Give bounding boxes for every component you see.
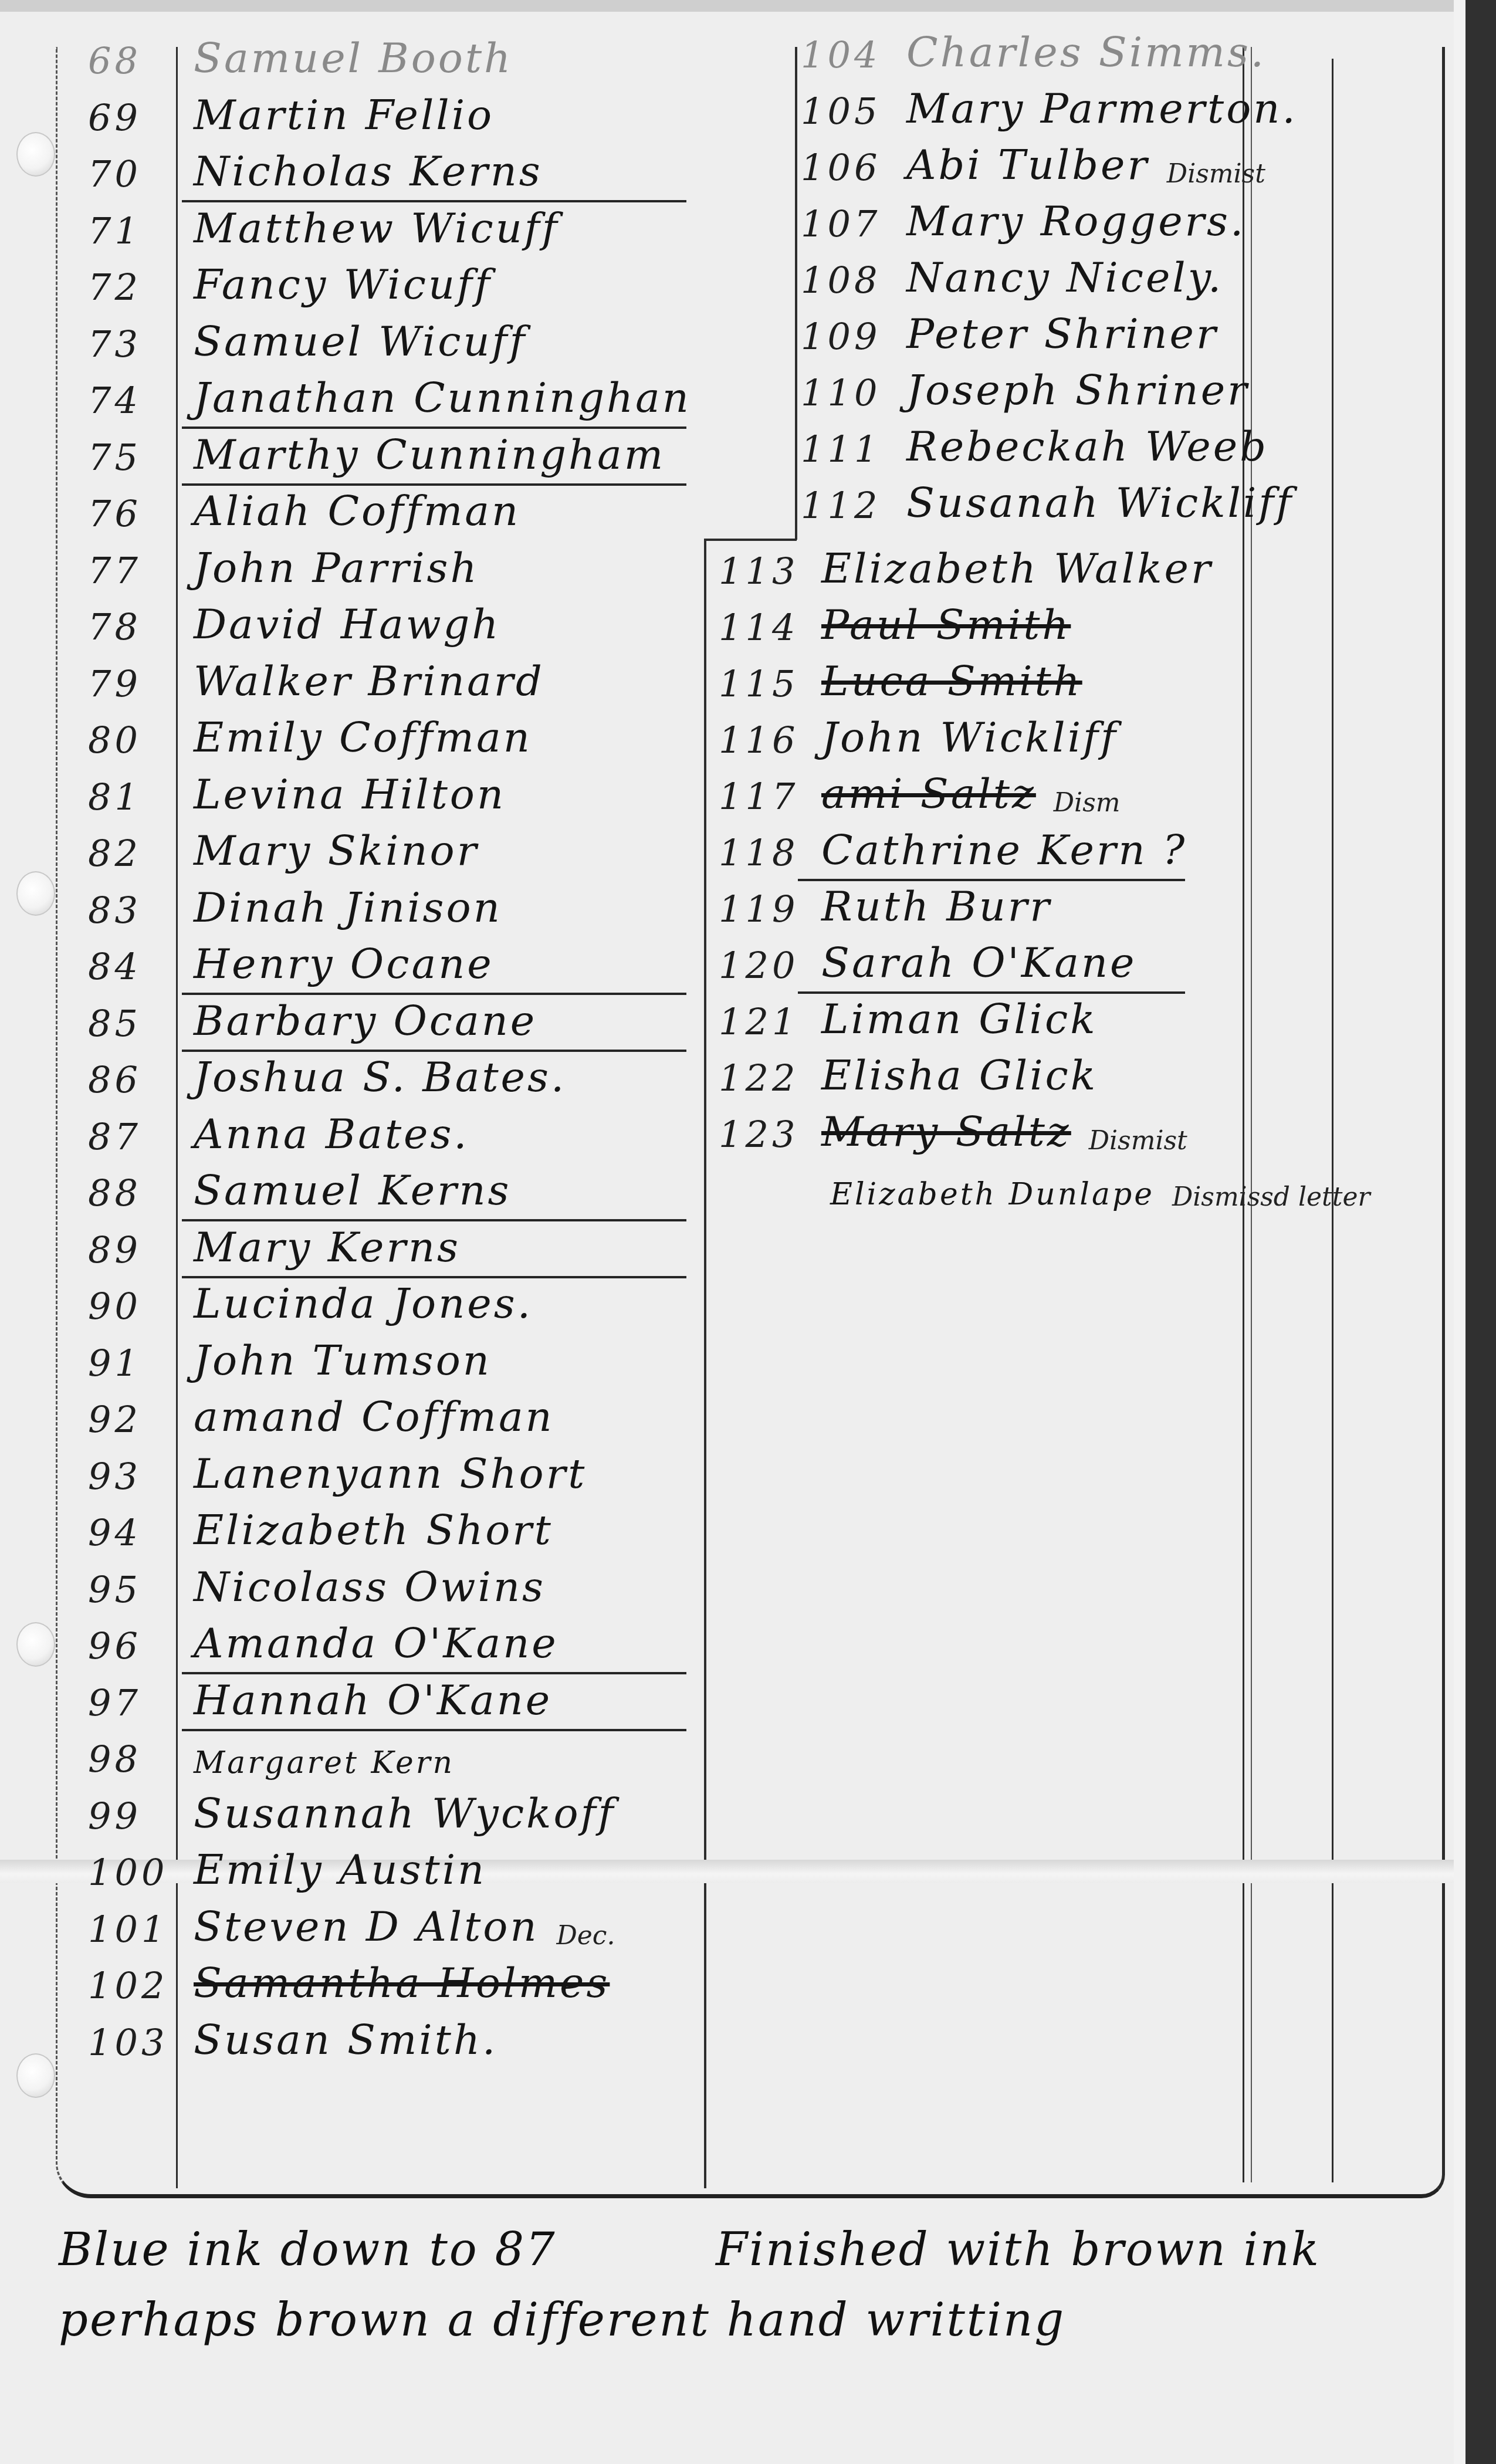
binder-hole bbox=[16, 132, 55, 177]
ledger-entry: 78David Hawgh bbox=[88, 595, 500, 648]
ledger-entry: 90Lucinda Jones. bbox=[88, 1275, 533, 1328]
entry-number: 97 bbox=[88, 1681, 194, 1724]
ledger-entry: 97Hannah O'Kane bbox=[88, 1671, 552, 1724]
entry-number: 113 bbox=[719, 550, 821, 593]
entry-number: 122 bbox=[719, 1057, 821, 1099]
entry-name: Elizabeth Short bbox=[194, 1506, 553, 1554]
ledger-entry: 112Susanah Wickliff bbox=[801, 474, 1294, 527]
entry-number: 105 bbox=[801, 90, 906, 133]
entry-number: 88 bbox=[88, 1172, 194, 1214]
ledger-entry: 71Matthew Wicuff bbox=[88, 199, 560, 252]
ledger-entry: 114Paul Smith bbox=[719, 596, 1071, 649]
entry-number: 94 bbox=[88, 1511, 194, 1554]
entry-name: Samantha Holmes bbox=[194, 1959, 610, 2007]
ledger-entry: 68Samuel Booth bbox=[88, 29, 513, 82]
ledger-entry: 77John Parrish bbox=[88, 539, 479, 592]
ledger-entry: 117ami SaltzDism bbox=[719, 765, 1121, 818]
entry-note: Dismissd letter bbox=[1172, 1182, 1370, 1212]
ledger-entry: 81Levina Hilton bbox=[88, 766, 506, 818]
entry-number: 70 bbox=[88, 153, 194, 195]
entry-number: 118 bbox=[719, 831, 821, 874]
entry-number: 86 bbox=[88, 1058, 194, 1101]
entry-number: 120 bbox=[719, 944, 821, 987]
ledger-entry: 115Luca Smith bbox=[719, 652, 1082, 705]
entry-name: Abi Tulber bbox=[906, 141, 1149, 189]
ledger-entry: 74Janathan Cunninghan bbox=[88, 369, 691, 422]
entry-name: Mary Skinor bbox=[194, 827, 479, 875]
ledger-entry: 101Steven D AltonDec. bbox=[88, 1898, 615, 1951]
ledger-entry: 80Emily Coffman bbox=[88, 709, 532, 761]
entry-note: Dismist bbox=[1089, 1126, 1187, 1156]
ledger-entry: 91John Tumson bbox=[88, 1332, 492, 1385]
column-divider-lower bbox=[704, 540, 706, 2188]
ledger-entry: 95Nicolass Owins bbox=[88, 1558, 546, 1611]
ledger-entry: 86Joshua S. Bates. bbox=[88, 1048, 566, 1101]
entry-number: 80 bbox=[88, 719, 194, 761]
ledger-entry: 75Marthy Cunningham bbox=[88, 426, 665, 479]
entry-number: 79 bbox=[88, 662, 194, 705]
entry-number: 83 bbox=[88, 889, 194, 932]
entry-number: 98 bbox=[88, 1738, 194, 1781]
ledger-entry: 92amand Coffman bbox=[88, 1388, 554, 1441]
entry-name: Sarah O'Kane bbox=[821, 939, 1136, 987]
footnote-line2: perhaps brown a different hand writting bbox=[59, 2294, 1065, 2347]
entry-number: 91 bbox=[88, 1342, 194, 1385]
entry-number: 95 bbox=[88, 1568, 194, 1611]
ledger-entry: 105Mary Parmerton. bbox=[801, 80, 1298, 133]
entry-name: Margaret Kern bbox=[194, 1745, 455, 1781]
entry-number: 71 bbox=[88, 209, 194, 252]
ledger-entry: 116John Wickliff bbox=[719, 709, 1118, 761]
entry-name: Rebeckah Weeb bbox=[906, 422, 1268, 471]
ledger-entry: 94Elizabeth Short bbox=[88, 1501, 553, 1554]
entry-name: Walker Brinard bbox=[194, 657, 544, 705]
entry-name: Mary Parmerton. bbox=[906, 84, 1298, 133]
entry-number: 96 bbox=[88, 1624, 194, 1667]
entry-number: 76 bbox=[88, 492, 194, 535]
ledger-entry: 110Joseph Shriner bbox=[801, 361, 1250, 414]
entry-name: Peter Shriner bbox=[906, 310, 1219, 358]
entry-number: 75 bbox=[88, 436, 194, 479]
entry-number: 107 bbox=[801, 202, 906, 245]
entry-name: Samuel Kerns bbox=[194, 1166, 512, 1214]
ledger-entry: 69Martin Fellio bbox=[88, 86, 494, 139]
entry-name: Barbary Ocane bbox=[194, 997, 537, 1045]
scanner-right-edge bbox=[1465, 0, 1496, 2464]
entry-number: 72 bbox=[88, 266, 194, 309]
column-divider-upper bbox=[795, 47, 797, 540]
entry-name: Nicolass Owins bbox=[194, 1563, 546, 1611]
entry-name: ami Saltz bbox=[821, 770, 1036, 818]
entry-number: 74 bbox=[88, 379, 194, 422]
entry-number: 69 bbox=[88, 96, 194, 139]
entry-name: Nancy Nicely. bbox=[906, 253, 1223, 302]
scanner-margin bbox=[1454, 0, 1465, 2464]
ledger-entry: 106Abi TulberDismist bbox=[801, 136, 1265, 189]
ledger-entry: 104Charles Simms. bbox=[801, 23, 1266, 76]
entry-number: 87 bbox=[88, 1115, 194, 1158]
entry-name: Ruth Burr bbox=[821, 882, 1052, 930]
entry-name: Emily Austin bbox=[194, 1846, 486, 1894]
entry-name: Samuel Booth bbox=[194, 34, 513, 82]
entry-number: 81 bbox=[88, 776, 194, 818]
entry-name: Elisha Glick bbox=[821, 1051, 1098, 1099]
ledger-entry: 72Fancy Wicuff bbox=[88, 256, 492, 309]
ledger-entry: 87Anna Bates. bbox=[88, 1105, 469, 1158]
entry-name: Steven D Alton bbox=[194, 1903, 539, 1951]
entry-number: 73 bbox=[88, 323, 194, 365]
entry-name: Lanenyann Short bbox=[194, 1450, 587, 1498]
entry-name: Aliah Coffman bbox=[194, 487, 520, 535]
ledger-entry: 89Mary Kerns bbox=[88, 1219, 461, 1271]
ledger-entry: 83Dinah Jinison bbox=[88, 879, 502, 932]
ledger-entry: 84Henry Ocane bbox=[88, 935, 494, 988]
entry-name: Susanah Wickliff bbox=[906, 479, 1294, 527]
ledger-entry: 121Liman Glick bbox=[719, 990, 1098, 1043]
entry-name: Marthy Cunningham bbox=[194, 431, 665, 479]
entry-name: Hannah O'Kane bbox=[194, 1676, 552, 1724]
entry-name: Joshua S. Bates. bbox=[194, 1053, 566, 1101]
ledger-entry: 107Mary Roggers. bbox=[801, 192, 1245, 245]
ledger-entry: 109Peter Shriner bbox=[801, 305, 1219, 358]
ledger-entry: 79Walker Brinard bbox=[88, 652, 544, 705]
entry-number: 123 bbox=[719, 1113, 821, 1156]
entry-name: Emily Coffman bbox=[194, 713, 532, 761]
entry-number: 119 bbox=[719, 888, 821, 930]
entry-number: 121 bbox=[719, 1000, 821, 1043]
entry-number: 116 bbox=[719, 719, 821, 761]
entry-name: Martin Fellio bbox=[194, 91, 494, 139]
ledger-entry: 103Susan Smith. bbox=[88, 2011, 497, 2064]
entry-name: amand Coffman bbox=[194, 1393, 554, 1441]
entry-number: 111 bbox=[801, 428, 906, 471]
binder-hole bbox=[16, 1622, 55, 1667]
entry-note: Dism bbox=[1054, 788, 1121, 818]
entry-name: Liman Glick bbox=[821, 995, 1098, 1043]
ledger-entry: 76Aliah Coffman bbox=[88, 482, 520, 535]
entry-number: 92 bbox=[88, 1398, 194, 1441]
ledger-entry: Elizabeth DunlapeDismissd letter bbox=[719, 1159, 1370, 1212]
entry-name: Dinah Jinison bbox=[194, 884, 502, 932]
entry-name: Cathrine Kern ? bbox=[821, 826, 1187, 874]
entry-number: 104 bbox=[801, 33, 906, 76]
ledger-entry: 102Samantha Holmes bbox=[88, 1954, 610, 2007]
entry-number: 82 bbox=[88, 832, 194, 875]
entry-number: 101 bbox=[88, 1908, 194, 1951]
entry-name: Paul Smith bbox=[821, 601, 1071, 649]
entry-number: 84 bbox=[88, 945, 194, 988]
entry-number: 85 bbox=[88, 1002, 194, 1045]
entry-number: 90 bbox=[88, 1285, 194, 1328]
entry-name: Luca Smith bbox=[821, 657, 1082, 705]
ledger-entry: 119Ruth Burr bbox=[719, 878, 1052, 930]
entry-name: Charles Simms. bbox=[906, 28, 1266, 76]
entry-name: Susannah Wyckoff bbox=[194, 1789, 615, 1837]
ledger-entry: 98Margaret Kern bbox=[88, 1728, 455, 1781]
entry-number: 102 bbox=[88, 1964, 194, 2007]
entry-name: Joseph Shriner bbox=[906, 366, 1250, 414]
entry-number: 89 bbox=[88, 1228, 194, 1271]
entry-name: Amanda O'Kane bbox=[194, 1619, 559, 1667]
ledger-entry: 96Amanda O'Kane bbox=[88, 1615, 559, 1667]
binder-hole bbox=[16, 2053, 55, 2098]
ledger-entry: 111Rebeckah Weeb bbox=[801, 418, 1268, 471]
entry-name: Henry Ocane bbox=[194, 940, 494, 988]
entry-note: Dec. bbox=[557, 1921, 615, 1951]
entry-name: Nicholas Kerns bbox=[194, 147, 543, 195]
ledger-entry: 122Elisha Glick bbox=[719, 1047, 1098, 1099]
entry-name: Mary Kerns bbox=[194, 1223, 461, 1271]
entry-number: 112 bbox=[801, 484, 906, 527]
ledger-entry: 82Mary Skinor bbox=[88, 822, 479, 875]
entry-name: Fancy Wicuff bbox=[194, 260, 492, 309]
ledger-entry: 70Nicholas Kerns bbox=[88, 143, 543, 195]
ledger-entry: 120Sarah O'Kane bbox=[719, 934, 1136, 987]
entry-name: Mary Saltz bbox=[821, 1108, 1071, 1156]
ledger-entry: 85Barbary Ocane bbox=[88, 992, 537, 1045]
binder-hole bbox=[16, 871, 55, 916]
entry-number: 103 bbox=[88, 2021, 194, 2064]
entry-name: John Wickliff bbox=[821, 713, 1118, 761]
ledger-entry: 88Samuel Kerns bbox=[88, 1162, 512, 1214]
entry-number: 100 bbox=[88, 1851, 194, 1894]
entry-name: Samuel Wicuff bbox=[194, 317, 527, 365]
entry-name: Janathan Cunninghan bbox=[194, 374, 691, 422]
entry-number: 99 bbox=[88, 1795, 194, 1837]
entry-number: 114 bbox=[719, 606, 821, 649]
entry-note: Dismist bbox=[1167, 159, 1265, 189]
entry-number: 117 bbox=[719, 775, 821, 818]
ledger-entry: 118Cathrine Kern ? bbox=[719, 821, 1187, 874]
entry-number: 68 bbox=[88, 39, 194, 82]
entry-number: 115 bbox=[719, 662, 821, 705]
entry-name: John Tumson bbox=[194, 1336, 492, 1385]
entry-name: Mary Roggers. bbox=[906, 197, 1245, 245]
ledger-entry: 99Susannah Wyckoff bbox=[88, 1785, 615, 1837]
entry-name: Elizabeth Dunlape bbox=[830, 1177, 1155, 1212]
entry-number: 77 bbox=[88, 549, 194, 592]
ledger-entry: 73Samuel Wicuff bbox=[88, 313, 527, 365]
ledger-entry: 100Emily Austin bbox=[88, 1841, 486, 1894]
entry-number: 108 bbox=[801, 259, 906, 302]
entry-name: John Parrish bbox=[194, 544, 479, 592]
ledger-page: 68Samuel Booth69Martin Fellio70Nicholas … bbox=[0, 12, 1455, 2464]
entry-number: 93 bbox=[88, 1455, 194, 1498]
entry-name: Susan Smith. bbox=[194, 2016, 497, 2064]
entry-name: Matthew Wicuff bbox=[194, 204, 560, 252]
ledger-entry: 93Lanenyann Short bbox=[88, 1445, 587, 1498]
entry-name: Anna Bates. bbox=[194, 1110, 469, 1158]
entry-name: David Hawgh bbox=[194, 600, 500, 648]
entry-name: Elizabeth Walker bbox=[821, 544, 1213, 593]
footnote-line1-right: Finished with brown ink bbox=[716, 2223, 1321, 2276]
entry-number: 106 bbox=[801, 146, 906, 189]
footnote-line1-left: Blue ink down to 87 bbox=[59, 2223, 557, 2276]
entry-number: 110 bbox=[801, 371, 906, 414]
entry-name: Lucinda Jones. bbox=[194, 1280, 533, 1328]
ledger-entry: 113Elizabeth Walker bbox=[719, 540, 1213, 593]
entry-number: 109 bbox=[801, 315, 906, 358]
entry-number: 78 bbox=[88, 605, 194, 648]
ledger-entry: 108Nancy Nicely. bbox=[801, 249, 1223, 302]
entry-name: Levina Hilton bbox=[194, 770, 506, 818]
ledger-entry: 123Mary SaltzDismist bbox=[719, 1103, 1187, 1156]
